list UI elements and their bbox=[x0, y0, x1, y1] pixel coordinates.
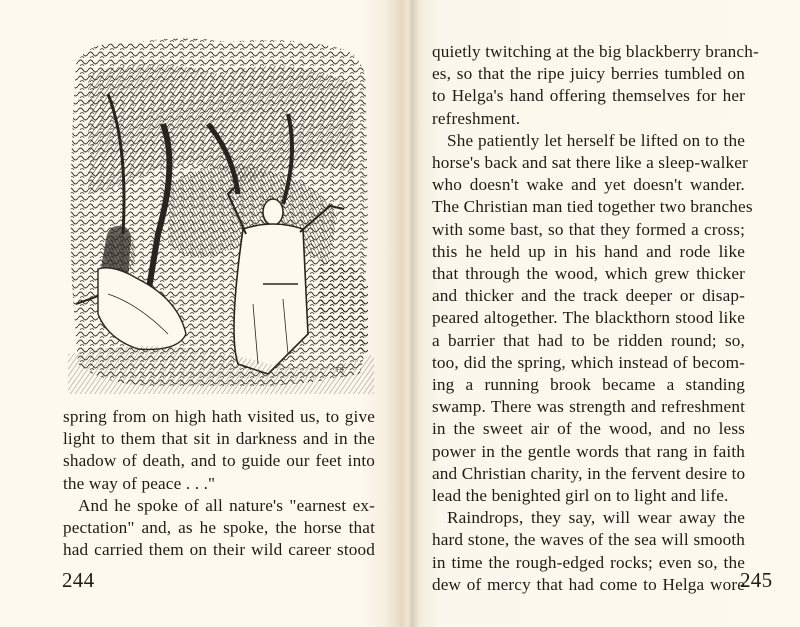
text-line: this he held up in his hand and rode lik… bbox=[432, 241, 745, 263]
text-line: quietly twitching at the big blackberry … bbox=[432, 41, 745, 63]
text-line: light to them that sit in darkness and i… bbox=[63, 428, 375, 450]
text-line: spring from on high hath visited us, to … bbox=[63, 406, 375, 428]
text-line: a barrier that had to be ridden round; s… bbox=[432, 330, 745, 352]
text-line: es, so that the ripe juicy berries tumbl… bbox=[432, 63, 745, 85]
right-page-body: quietly twitching at the big blackberry … bbox=[432, 41, 745, 596]
text-line: and thicker and the track deeper or disa… bbox=[432, 285, 745, 307]
text-line: hard stone, the waves of the sea will sm… bbox=[432, 529, 745, 551]
text-line: power in the gentle words that rang in f… bbox=[432, 441, 745, 463]
text-line: pectation" and, as he spoke, the horse t… bbox=[63, 517, 375, 539]
paragraph-start-line: Raindrops, they say, will wear away the bbox=[432, 507, 745, 529]
text-line: the way of peace . . ." bbox=[63, 473, 375, 495]
left-page-body: spring from on high hath visited us, to … bbox=[63, 406, 375, 561]
text-line: lead the benighted girl on to light and … bbox=[432, 485, 745, 507]
text-line: shadow of death, and to guide our feet i… bbox=[63, 450, 375, 472]
text-line: ing a running brook became a standing bbox=[432, 374, 745, 396]
paragraph-start-line: And he spoke of all nature's "earnest ex… bbox=[63, 495, 375, 517]
forest-scene-icon: FS bbox=[68, 34, 374, 394]
right-page: quietly twitching at the big blackberry … bbox=[400, 0, 800, 627]
text-line: horse's back and sat there like a sleep-… bbox=[432, 152, 745, 174]
left-page: FS spring from on high hath visited us, … bbox=[0, 0, 400, 627]
text-line: that through the wood, which grew thicke… bbox=[432, 263, 745, 285]
text-line: peared altogether. The blackthorn stood … bbox=[432, 307, 745, 329]
text-line: who doesn't wake and yet doesn't wander. bbox=[432, 174, 745, 196]
text-line: in the sweet air of the wood, and no les… bbox=[432, 418, 745, 440]
text-line: to Helga's hand offering themselves for … bbox=[432, 85, 745, 107]
text-line: too, did the spring, which instead of be… bbox=[432, 352, 745, 374]
text-line: swamp. There was strength and refreshmen… bbox=[432, 396, 745, 418]
text-line: The Christian man tied together two bran… bbox=[432, 196, 745, 218]
book-spread: FS spring from on high hath visited us, … bbox=[0, 0, 800, 627]
text-line: refreshment. bbox=[432, 108, 745, 130]
text-line: had carried them on their wild career st… bbox=[63, 539, 375, 561]
text-line: in time the rough-edged rocks; even so, … bbox=[432, 552, 745, 574]
engraver-signature: FS bbox=[336, 366, 344, 374]
page-number-left: 244 bbox=[62, 568, 94, 593]
engraving-illustration: FS bbox=[68, 34, 374, 394]
page-number-right: 245 bbox=[740, 568, 772, 593]
text-line: with some bast, so that they formed a cr… bbox=[432, 219, 745, 241]
text-line: dew of mercy that had come to Helga wore bbox=[432, 574, 745, 596]
text-line: and Christian charity, in the fervent de… bbox=[432, 463, 745, 485]
paragraph-start-line: She patiently let herself be lifted on t… bbox=[432, 130, 745, 152]
